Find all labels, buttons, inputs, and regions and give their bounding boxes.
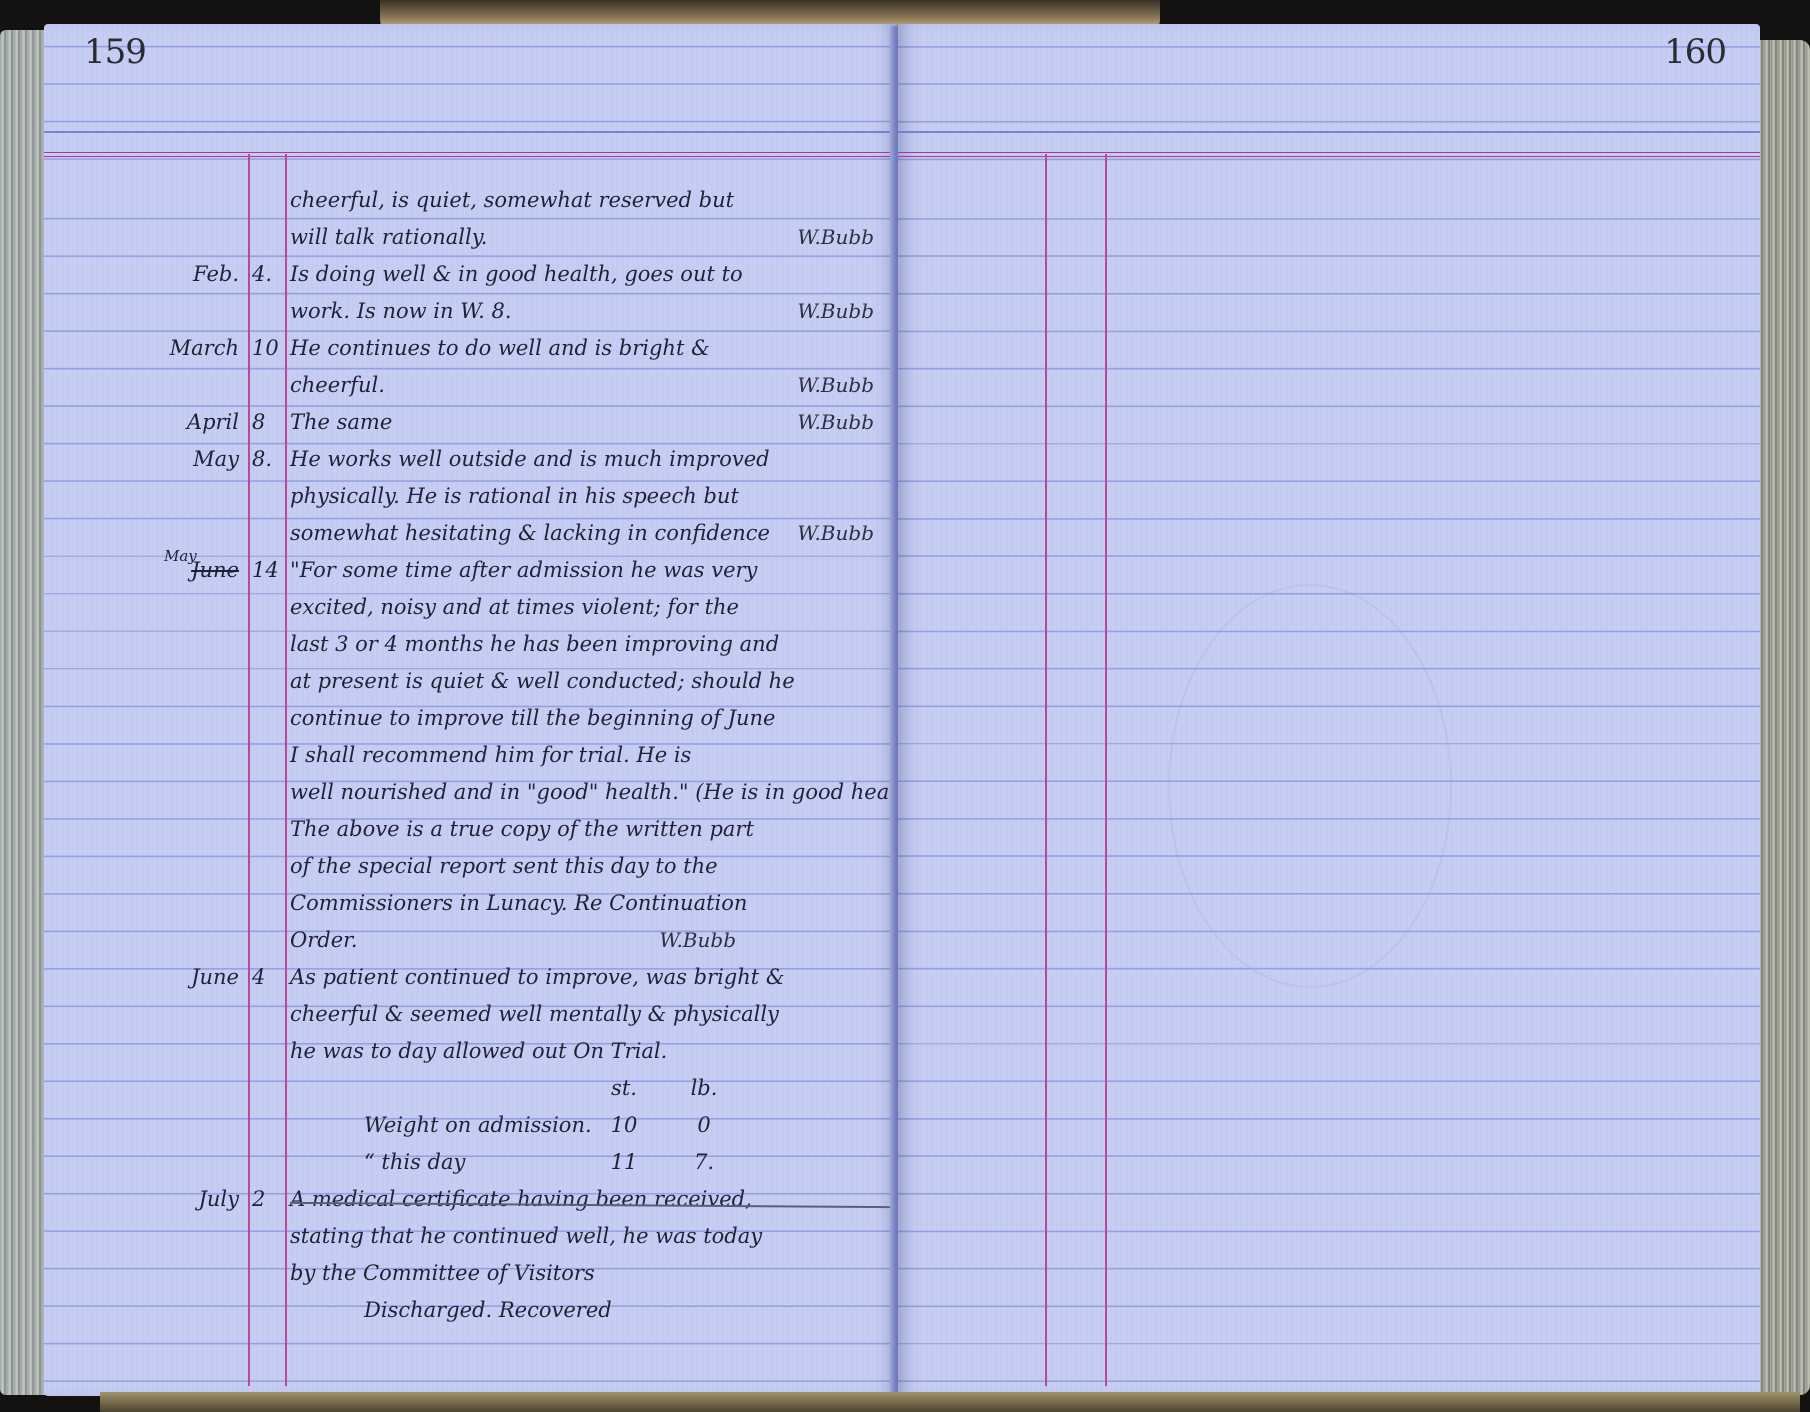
entry-line: well nourished and in "good" health." (H… [44,774,896,811]
entry-text: Order. [290,922,890,959]
entry-line: by the Committee of Visitors [44,1255,896,1292]
entry-month: July [84,1181,239,1218]
entry-line: will talk rationally.W.Bubb [44,219,896,256]
entry-line: Feb.4. Is doing well & in good health, g… [44,256,896,293]
entry-line: April8 The sameW.Bubb [44,404,896,441]
page-number-right: 160 [1664,32,1726,72]
discharge-status: Discharged. Recovered [364,1292,896,1329]
open-ledger-book: 159 cheerful, is quiet, somewhat reserve… [0,0,1810,1412]
entry-text: Commissioners in Lunacy. Re Continuation [290,885,890,922]
header-double-rule [898,152,1760,157]
day-column-rule [1105,154,1107,1386]
entry-line: cheerful & seemed well mentally & physic… [44,996,896,1033]
entry-text: A medical certificate having been receiv… [290,1181,890,1218]
weight-row: Weight on admission. 10 0 [44,1107,896,1144]
weight-pounds: 7. [684,1144,724,1181]
entry-text: "For some time after admission he was ve… [290,552,890,589]
entry-line: The above is a true copy of the written … [44,811,896,848]
entry-text: well nourished and in "good" health." (H… [290,774,890,811]
entry-day: 2 [252,1181,284,1218]
book-cover-bottom [100,1392,1800,1412]
entry-text: at present is quiet & well conducted; sh… [290,663,890,700]
entry-text: by the Committee of Visitors [290,1255,890,1292]
entry-day: 8. [252,441,284,478]
entry-line: last 3 or 4 months he has been improving… [44,626,896,663]
entry-line: May8. He works well outside and is much … [44,441,896,478]
header-double-rule [44,152,896,157]
signature: W.Bubb [797,293,874,330]
entry-text: cheerful & seemed well mentally & physic… [290,996,890,1033]
entry-month: May June [84,552,239,589]
entry-day: 4 [252,959,284,996]
entry-line: excited, noisy and at times violent; for… [44,589,896,626]
weight-label: “ this day [364,1144,465,1181]
signature: W.Bubb [797,515,874,552]
entry-text: he was to day allowed out On Trial. [290,1033,890,1070]
weight-stone: 11 [604,1144,644,1181]
entry-line: July2 A medical certificate having been … [44,1181,896,1218]
entry-line: physically. He is rational in his speech… [44,478,896,515]
entry-text: Is doing well & in good health, goes out… [290,256,890,293]
entry-line: I shall recommend him for trial. He is [44,737,896,774]
entry-text: As patient continued to improve, was bri… [290,959,890,996]
entry-text: stating that he continued well, he was t… [290,1218,890,1255]
entry-line: cheerful, is quiet, somewhat reserved bu… [44,182,896,219]
faint-stamp-show-through [1168,584,1452,988]
entry-month: April [84,404,239,441]
entry-line: at present is quiet & well conducted; sh… [44,663,896,700]
signature: W.Bubb [659,922,736,959]
month-correction: May [164,538,197,575]
entry-text: He works well outside and is much improv… [290,441,890,478]
entry-text: continue to improve till the beginning o… [290,700,890,737]
weight-units-row: st. lb. [44,1070,896,1107]
left-page: 159 cheerful, is quiet, somewhat reserve… [44,24,896,1396]
entry-line: March10 He continues to do well and is b… [44,330,896,367]
entry-month: May [84,441,239,478]
top-rule [898,131,1760,133]
entry-text: He continues to do well and is bright & [290,330,890,367]
entry-text: I shall recommend him for trial. He is [290,737,890,774]
struck-month: June [191,558,239,582]
page-edges-left [0,30,50,1395]
entry-day: 14 [252,552,284,589]
entry-line: Order.W.Bubb [44,922,896,959]
entry-text: excited, noisy and at times violent; for… [290,589,890,626]
weight-stone: 10 [604,1107,644,1144]
entry-text: physically. He is rational in his speech… [290,478,890,515]
signature: W.Bubb [797,219,874,256]
entry-line: of the special report sent this day to t… [44,848,896,885]
entry-day: 8 [252,404,284,441]
weight-row: “ this day 11 7. [44,1144,896,1181]
entry-month: March [84,330,239,367]
entry-day: 4. [252,256,284,293]
entry-text: The above is a true copy of the written … [290,811,890,848]
date-column-rule [1045,154,1047,1386]
entry-month: June [84,959,239,996]
weight-pounds: 0 [684,1107,724,1144]
entry-line: continue to improve till the beginning o… [44,700,896,737]
entry-line: cheerful.W.Bubb [44,367,896,404]
signature: W.Bubb [797,404,874,441]
signature: W.Bubb [797,367,874,404]
entry-month: Feb. [84,256,239,293]
right-page: 160 [898,24,1760,1396]
entry-text: cheerful, is quiet, somewhat reserved bu… [290,182,890,219]
entry-line: stating that he continued well, he was t… [44,1218,896,1255]
entry-text: last 3 or 4 months he has been improving… [290,626,890,663]
stone-unit: st. [604,1070,644,1107]
entry-line: work. Is now in W. 8.W.Bubb [44,293,896,330]
entry-line: May June 14 "For some time after admissi… [44,552,896,589]
page-number-left: 159 [84,32,146,72]
top-rule [44,131,896,133]
entry-day: 10 [252,330,284,367]
pound-unit: lb. [684,1070,724,1107]
discharge-line: Discharged. Recovered [44,1292,896,1329]
entry-line: Commissioners in Lunacy. Re Continuation [44,885,896,922]
weight-label: Weight on admission. [364,1107,592,1144]
entry-line: June4 As patient continued to improve, w… [44,959,896,996]
entry-line: he was to day allowed out On Trial. [44,1033,896,1070]
entry-text: of the special report sent this day to t… [290,848,890,885]
